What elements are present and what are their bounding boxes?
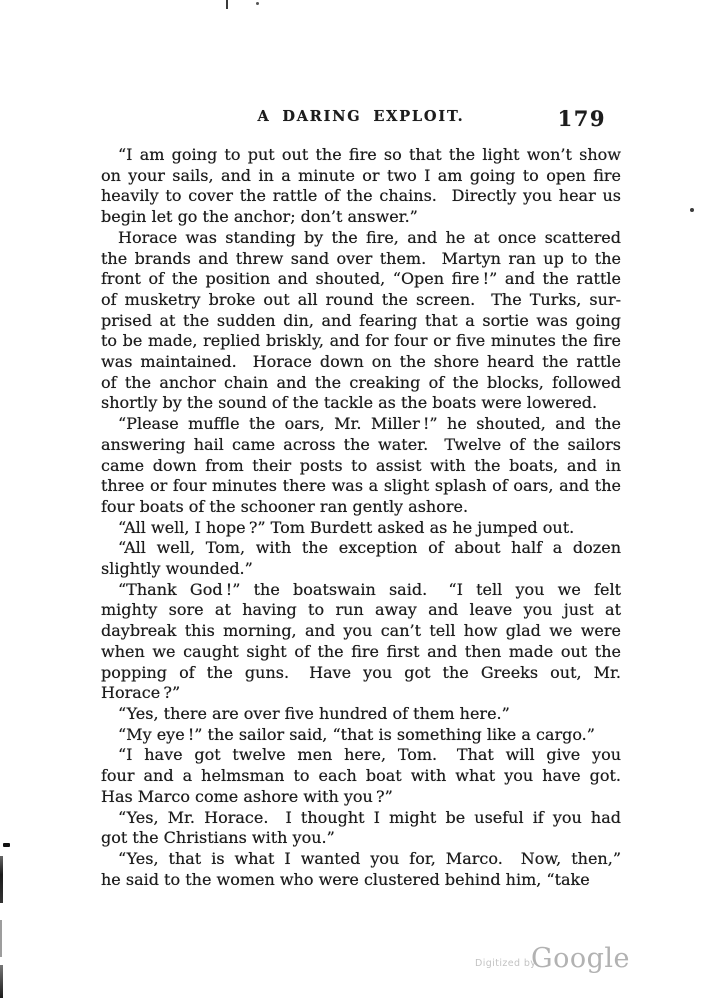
text-line: the brands and threw sand over them. Mar… <box>101 249 621 270</box>
text-line: “All well, Tom, with the exception of ab… <box>101 538 621 559</box>
text-line: three or four minutes there was a slight… <box>101 476 621 497</box>
page-number: 179 <box>506 106 606 131</box>
paragraph: “Yes, that is what I wanted you for, Mar… <box>101 849 621 890</box>
text-line: mighty sore at having to run away and le… <box>101 600 621 621</box>
paragraph: “All well, I hope ?” Tom Burdett asked a… <box>101 518 621 539</box>
scan-mark-text-dot <box>532 271 534 273</box>
paragraph: Horace was standing by the fire, and he … <box>101 228 621 414</box>
text-line: “Thank God !” the boatswain said. “I tel… <box>101 580 621 601</box>
text-line: shortly by the sound of the tackle as th… <box>101 393 621 414</box>
text-line: slightly wounded.” <box>101 559 621 580</box>
text-line: Horace was standing by the fire, and he … <box>101 228 621 249</box>
text-line: four boats of the schooner ran gently as… <box>101 497 621 518</box>
text-line: he said to the women who were clustered … <box>101 870 621 891</box>
text-line: begin let go the anchor; don’t answer.” <box>101 207 621 228</box>
text-line: prised at the sudden din, and fearing th… <box>101 311 621 332</box>
scan-mark-left-line <box>0 965 3 998</box>
text-line: of musketry broke out all round the scre… <box>101 290 621 311</box>
paragraph: “Thank God !” the boatswain said. “I tel… <box>101 580 621 704</box>
paragraph: “I am going to put out the fire so that … <box>101 145 621 228</box>
text-line: “I am going to put out the fire so that … <box>101 145 621 166</box>
book-page: A DARING EXPLOIT. 179 “I am going to put… <box>0 0 718 1000</box>
text-line: popping of the guns. Have you got the Gr… <box>101 663 621 684</box>
text-line: was maintained. Horace down on the shore… <box>101 352 621 373</box>
text-line: heavily to cover the rattle of the chain… <box>101 186 621 207</box>
paragraph: “I have got twelve men here, Tom. That w… <box>101 745 621 807</box>
scan-mark-left-dash <box>3 843 10 847</box>
text-line: front of the position and shouted, “Open… <box>101 269 621 290</box>
text-line: got the Christians with you.” <box>101 828 621 849</box>
paragraph: “My eye !” the sailor said, “that is som… <box>101 725 621 746</box>
scan-mark-top-dot <box>256 2 259 5</box>
text-line: “All well, I hope ?” Tom Burdett asked a… <box>101 518 621 539</box>
text-line: “My eye !” the sailor said, “that is som… <box>101 725 621 746</box>
text-line: four and a helmsman to each boat with wh… <box>101 766 621 787</box>
text-line: when we caught sight of the fire first a… <box>101 642 621 663</box>
scan-mark-left-line <box>0 856 3 903</box>
google-logo-text: Google <box>531 945 630 972</box>
text-line: “Please muffle the oars, Mr. Miller !” h… <box>101 414 621 435</box>
paragraph: “Please muffle the oars, Mr. Miller !” h… <box>101 414 621 518</box>
text-line: “Yes, Mr. Horace. I thought I might be u… <box>101 808 621 829</box>
digitized-by-label: Digitized by <box>475 959 536 969</box>
text-line: came down from their posts to assist wit… <box>101 456 621 477</box>
text-line: “Yes, there are over five hundred of the… <box>101 704 621 725</box>
scan-mark-left-line <box>0 920 2 957</box>
paragraph: “All well, Tom, with the exception of ab… <box>101 538 621 579</box>
scan-mark-top-tick <box>226 0 228 9</box>
text-block: “I am going to put out the fire so that … <box>101 145 621 890</box>
text-line: answering hail came across the water. Tw… <box>101 435 621 456</box>
text-line: Has Marco come ashore with you ?” <box>101 787 621 808</box>
text-line: Horace ?” <box>101 683 621 704</box>
text-line: to be made, replied briskly, and for fou… <box>101 331 621 352</box>
text-line: “I have got twelve men here, Tom. That w… <box>101 745 621 766</box>
text-line: “Yes, that is what I wanted you for, Mar… <box>101 849 621 870</box>
text-line: on your sails, and in a minute or two I … <box>101 166 621 187</box>
text-line: daybreak this morning, and you can’t tel… <box>101 621 621 642</box>
scan-mark-right-dot <box>690 208 694 212</box>
text-line: of the anchor chain and the creaking of … <box>101 373 621 394</box>
paragraph: “Yes, Mr. Horace. I thought I might be u… <box>101 808 621 849</box>
paragraph: “Yes, there are over five hundred of the… <box>101 704 621 725</box>
